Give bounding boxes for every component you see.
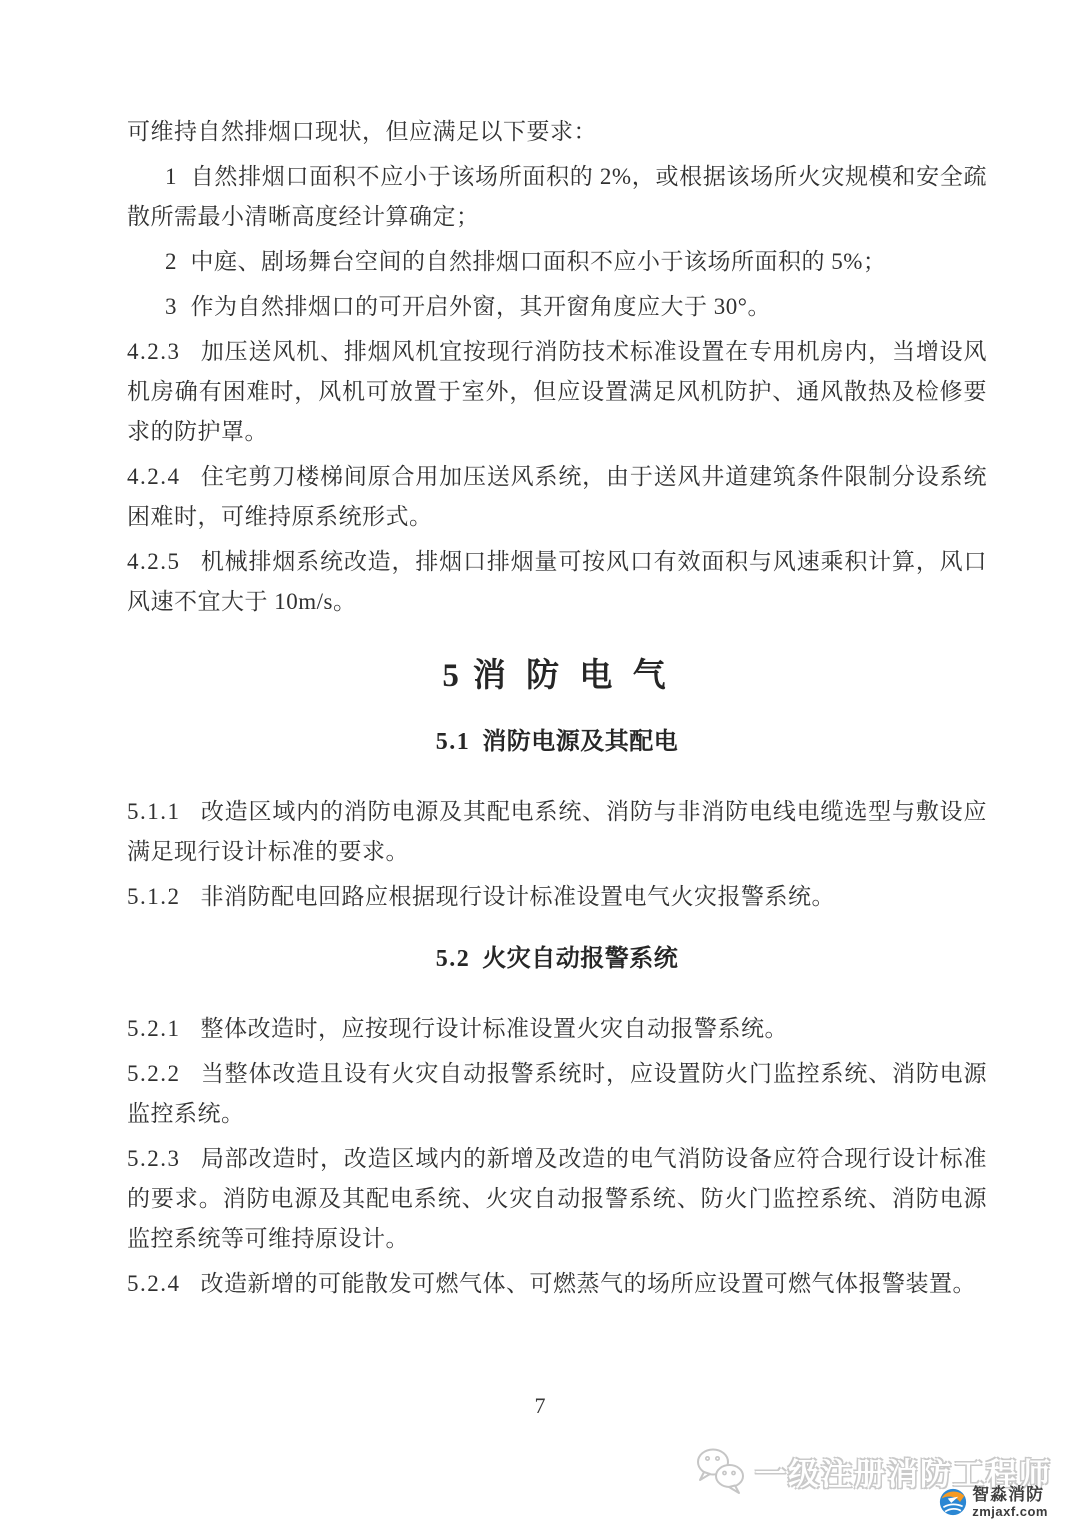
clause-4-2-4: 4.2.4住宅剪刀楼梯间原合用加压送风系统，由于送风井道建筑条件限制分设系统困难… — [127, 457, 987, 537]
list-item-text: 作为自然排烟口的可开启外窗，其开窗角度应大于 30°。 — [191, 294, 771, 319]
text-column: 可维持自然排烟口现状，但应满足以下要求： 1自然排烟口面积不应小于该场所面积的 … — [127, 112, 987, 1304]
brand-url: zmjaxf.com — [972, 1505, 1048, 1518]
clause-text: 局部改造时，改造区域内的新增及改造的电气消防设备应符合现行设计标准的要求。消防电… — [127, 1146, 987, 1251]
document-page: 可维持自然排烟口现状，但应满足以下要求： 1自然排烟口面积不应小于该场所面积的 … — [0, 0, 1080, 1526]
clause-text: 住宅剪刀楼梯间原合用加压送风系统，由于送风井道建筑条件限制分设系统困难时，可维持… — [127, 464, 987, 529]
brand-text-block: 智淼消防 zmjaxf.com — [972, 1486, 1048, 1518]
clause-number: 4.2.4 — [127, 464, 181, 489]
chapter-number: 5 — [442, 658, 459, 694]
clause-4-2-3: 4.2.3加压送风机、排烟风机宜按现行消防技术标准设置在专用机房内，当增设风机房… — [127, 332, 987, 452]
brand-name: 智淼消防 — [972, 1486, 1048, 1503]
section-number: 5.1 — [436, 729, 471, 755]
clause-text: 改造新增的可能散发可燃气体、可燃蒸气的场所应设置可燃气体报警装置。 — [201, 1271, 977, 1296]
clause-number: 5.2.1 — [127, 1016, 181, 1041]
section-number: 5.2 — [436, 946, 471, 972]
clause-text: 加压送风机、排烟风机宜按现行消防技术标准设置在专用机房内，当增设风机房确有困难时… — [127, 339, 987, 444]
clause-5-1-2: 5.1.2非消防配电回路应根据现行设计标准设置电气火灾报警系统。 — [127, 877, 987, 917]
page-number: 7 — [0, 1393, 1080, 1419]
clause-number: 5.2.4 — [127, 1271, 181, 1296]
clause-4-2-5: 4.2.5机械排烟系统改造，排烟口排烟量可按风口有效面积与风速乘积计算，风口风速… — [127, 542, 987, 622]
clause-5-1-1: 5.1.1改造区域内的消防电源及其配电系统、消防与非消防电线电缆选型与敷设应满足… — [127, 792, 987, 872]
chapter-heading: 5消 防 电 气 — [127, 652, 987, 700]
clause-text: 当整体改造且设有火灾自动报警系统时，应设置防火门监控系统、消防电源监控系统。 — [127, 1061, 987, 1126]
chapter-title: 消 防 电 气 — [473, 658, 672, 694]
list-item-text: 自然排烟口面积不应小于该场所面积的 2%，或根据该场所火灾规模和安全疏散所需最小… — [127, 164, 987, 229]
clause-5-2-4: 5.2.4改造新增的可能散发可燃气体、可燃蒸气的场所应设置可燃气体报警装置。 — [127, 1264, 987, 1304]
clause-number: 5.2.3 — [127, 1146, 181, 1171]
clause-5-2-3: 5.2.3局部改造时，改造区域内的新增及改造的电气消防设备应符合现行设计标准的要… — [127, 1139, 987, 1259]
list-item-2: 2中庭、剧场舞台空间的自然排烟口面积不应小于该场所面积的 5%； — [127, 242, 987, 282]
paragraph-intro: 可维持自然排烟口现状，但应满足以下要求： — [127, 112, 987, 152]
clause-text: 整体改造时，应按现行设计标准设置火灾自动报警系统。 — [201, 1016, 789, 1041]
clause-number: 5.1.2 — [127, 884, 181, 909]
section-heading-5-1: 5.1消防电源及其配电 — [127, 722, 987, 762]
clause-5-2-2: 5.2.2当整体改造且设有火灾自动报警系统时，应设置防火门监控系统、消防电源监控… — [127, 1054, 987, 1134]
list-item-text: 中庭、剧场舞台空间的自然排烟口面积不应小于该场所面积的 5%； — [191, 249, 887, 274]
clause-text: 机械排烟系统改造，排烟口排烟量可按风口有效面积与风速乘积计算，风口风速不宜大于 … — [127, 549, 987, 614]
section-title: 消防电源及其配电 — [482, 729, 678, 755]
list-item-number: 3 — [165, 294, 177, 319]
clause-text: 非消防配电回路应根据现行设计标准设置电气火灾报警系统。 — [201, 884, 836, 909]
clause-number: 4.2.5 — [127, 549, 181, 574]
wechat-icon — [695, 1446, 747, 1496]
clause-5-2-1: 5.2.1整体改造时，应按现行设计标准设置火灾自动报警系统。 — [127, 1009, 987, 1049]
clause-number: 5.2.2 — [127, 1061, 181, 1086]
list-item-1: 1自然排烟口面积不应小于该场所面积的 2%，或根据该场所火灾规模和安全疏散所需最… — [127, 157, 987, 237]
clause-number: 5.1.1 — [127, 799, 181, 824]
list-item-3: 3作为自然排烟口的可开启外窗，其开窗角度应大于 30°。 — [127, 287, 987, 327]
list-item-number: 2 — [165, 249, 177, 274]
brand-logo-icon — [939, 1488, 967, 1516]
clause-text: 改造区域内的消防电源及其配电系统、消防与非消防电线电缆选型与敷设应满足现行设计标… — [127, 799, 987, 864]
brand-badge: 智淼消防 zmjaxf.com — [939, 1486, 1048, 1518]
list-item-number: 1 — [165, 164, 177, 189]
section-title: 火灾自动报警系统 — [482, 946, 678, 972]
section-heading-5-2: 5.2火灾自动报警系统 — [127, 939, 987, 979]
clause-number: 4.2.3 — [127, 339, 181, 364]
